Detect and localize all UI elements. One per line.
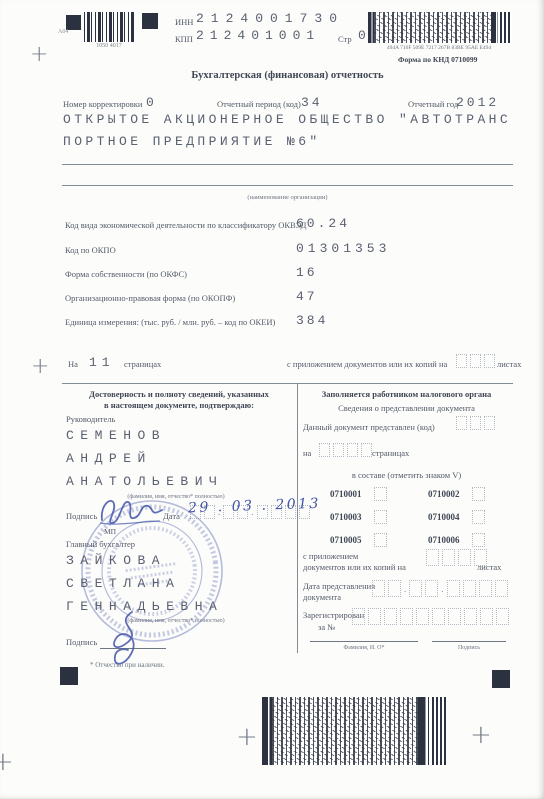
sheets-word: листах <box>497 359 521 369</box>
accountant-surname: ЗАЙКОВА <box>66 553 166 568</box>
attachment-label-line1: с приложением <box>303 551 358 561</box>
accountant-role-label: Главный бухгалтер <box>66 539 135 549</box>
corner-code: A04 <box>58 29 68 35</box>
pages-count-value: 11 <box>89 355 115 370</box>
head-patronymic: АНАТОЛЬЕВИЧ <box>66 474 223 489</box>
inn-value: 2124001730 <box>196 11 344 26</box>
accountant-name-caption: (фамилия, имя, отчество* полностью) <box>66 618 286 624</box>
registration-number-field <box>352 608 509 625</box>
submission-date-label-line1: Дата представления <box>303 581 375 591</box>
accountant-signature-label: Подпись <box>66 637 97 647</box>
registered-label-line2: за № <box>318 622 335 632</box>
accountant-firstname: СВЕТЛАНА <box>66 576 180 591</box>
report-period-label: Отчетный период (код) <box>217 99 301 109</box>
okfs-label: Форма собственности (по ОКФС) <box>65 269 187 279</box>
okved-value: 60.24 <box>296 216 350 231</box>
head-firstname: АНДРЕЙ <box>66 451 152 466</box>
form-code-0710001: 0710001 <box>330 489 362 499</box>
page-number-label: Стр <box>338 34 352 44</box>
pages-word: страницах <box>124 359 161 369</box>
kpp-value: 212401001 <box>196 28 320 43</box>
2d-barcode-bottom-icon <box>262 697 446 765</box>
okpo-value: 01301353 <box>296 241 390 256</box>
crop-mark-icon: + <box>0 755 14 769</box>
registration-square-icon <box>66 15 81 30</box>
2d-barcode-icon <box>368 12 512 43</box>
section-top-rule <box>62 383 513 384</box>
linear-barcode-icon <box>84 12 134 42</box>
form-code-0710003: 0710003 <box>330 512 362 522</box>
form-code-checkbox <box>374 533 387 547</box>
submitted-code-field <box>456 416 495 430</box>
org-name-rule <box>62 185 513 186</box>
barcode-number: 1050 4017 <box>84 43 134 49</box>
okfs-value: 16 <box>296 265 318 280</box>
report-period-value: 34 <box>301 95 323 110</box>
officer-signature-caption: Подпись <box>432 645 506 651</box>
inn-label: ИНН <box>175 17 193 27</box>
crop-mark-icon: + <box>236 730 258 744</box>
officer-name-line <box>310 641 418 642</box>
okpo-label: Код по ОКПО <box>65 245 116 255</box>
on-pages-label: На <box>68 359 78 369</box>
crop-mark-icon: + <box>30 48 48 62</box>
report-year-value: 2012 <box>456 95 499 110</box>
okopf-value: 47 <box>296 289 318 304</box>
attachments-label: с приложением документов или их копий на <box>287 359 447 369</box>
registration-square-icon <box>60 667 78 685</box>
document-submitted-label: Данный документ представлен (код) <box>303 422 435 432</box>
okei-value: 384 <box>296 313 328 328</box>
form-code-checkbox <box>472 487 485 501</box>
correction-number-value: 0 <box>146 95 157 110</box>
organization-name-line2: ПОРТНОЕ ПРЕДПРИЯТИЕ №6" <box>63 134 321 149</box>
form-code-checkbox <box>374 487 387 501</box>
form-title: Бухгалтерская (финансовая) отчетность <box>62 70 513 81</box>
form-code-0710004: 0710004 <box>428 512 460 522</box>
registration-square-icon <box>142 13 158 29</box>
officer-signature-line <box>432 641 506 642</box>
scanned-tax-form-page: A04 1050 4017 ИНН 2124001730 КПП 2124010… <box>0 0 544 799</box>
org-name-rule <box>62 164 513 165</box>
head-role-label: Руководитель <box>66 414 115 424</box>
okopf-label: Организационно-правовая форма (по ОКОПФ) <box>65 293 235 303</box>
okved-label: Код вида экономической деятельности по к… <box>65 220 306 230</box>
form-code-checkbox <box>472 533 485 547</box>
tax-officer-title: Заполняется работником налогового органа <box>300 389 513 399</box>
head-surname: СЕМЕНОВ <box>66 428 166 443</box>
pages-word: страницах <box>372 448 409 458</box>
submission-info-subtitle: Сведения о представлении документа <box>300 403 513 413</box>
form-code-checkbox <box>374 510 387 524</box>
form-code-0710002: 0710002 <box>428 489 460 499</box>
registration-square-icon <box>492 670 510 688</box>
attestation-title-line1: Достоверность и полноту сведений, указан… <box>64 389 294 399</box>
attachment-label-line2: документов или их копий на <box>303 562 406 572</box>
composition-label: в составе (отметить знаком V) <box>300 470 513 480</box>
attachment-sheets-field <box>456 354 495 368</box>
form-code-checkbox <box>472 510 485 524</box>
crop-mark-icon: + <box>470 728 492 742</box>
pages-count-field <box>319 443 372 457</box>
on-label: на <box>303 448 311 458</box>
attestation-title-line2: в настоящем документе, подтверждаю: <box>64 400 294 410</box>
submission-date-field: . . <box>372 580 508 597</box>
crop-mark-icon: + <box>31 360 49 374</box>
kpp-label: КПП <box>175 34 193 44</box>
form-code-0710005: 0710005 <box>330 535 362 545</box>
submission-date-label-line2: документа <box>303 592 341 602</box>
okei-label: Единица измерения: (тыс. руб. / млн. руб… <box>65 317 275 327</box>
officer-name-caption: Фамилия, И. О* <box>310 645 418 651</box>
knd-form-caption: Форма по КНД 0710099 <box>398 55 477 64</box>
organization-name-line1: ОТКРЫТОЕ АКЦИОНЕРНОЕ ОБЩЕСТВО "АВТОТРАНС <box>63 112 511 127</box>
report-year-label: Отчетный год <box>408 99 458 109</box>
footnote: * Отчество при наличии. <box>90 661 165 669</box>
correction-number-label: Номер корректировки <box>63 99 142 109</box>
form-code-0710006: 0710006 <box>428 535 460 545</box>
barcode-hex: 494A 710F 509E 7217 267B 83BE 95AE E494 <box>364 45 514 51</box>
org-name-caption: (наименование организации) <box>62 194 513 201</box>
sheets-word: листах <box>477 562 501 572</box>
